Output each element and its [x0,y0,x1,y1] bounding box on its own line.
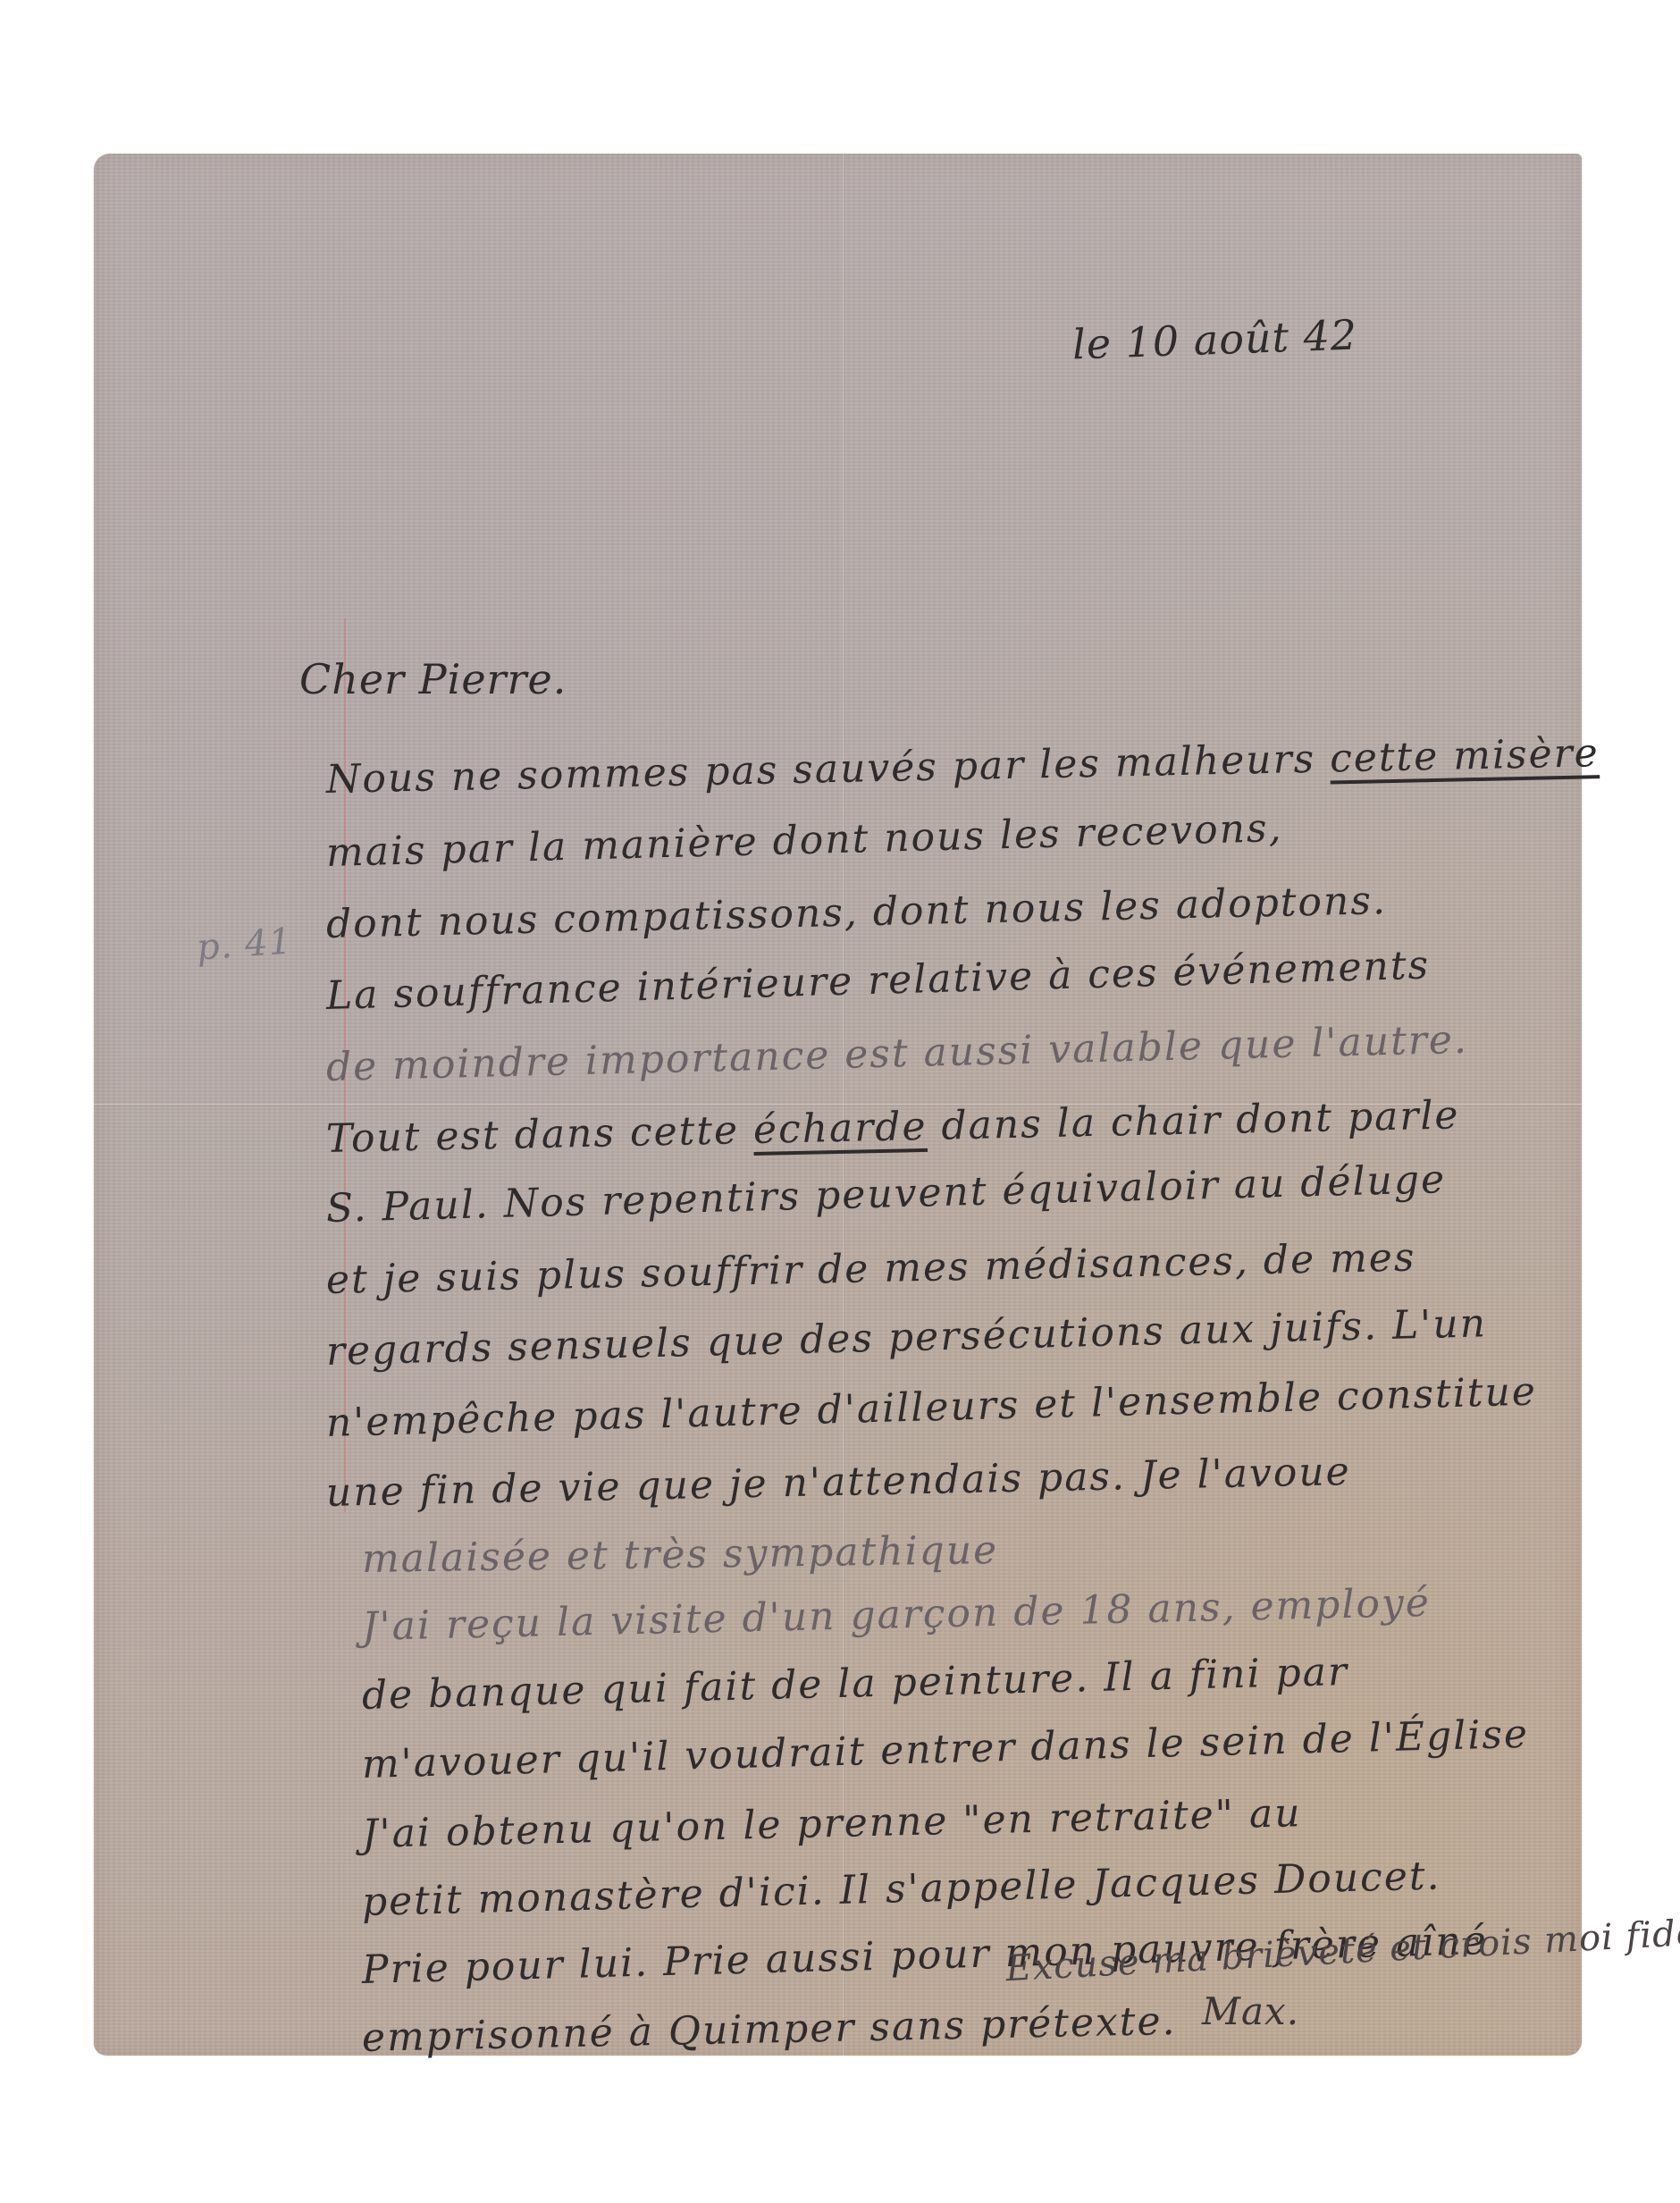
underlined-word: écharde [752,1104,928,1153]
salutation: Cher Pierre. [299,659,567,700]
pencil-page-note: p. 41 [196,923,293,965]
body-line: J'ai obtenu qu'on le prenne "en retraite… [361,1790,1302,1857]
body-line: regards sensuels que des persécutions au… [325,1300,1487,1375]
body-line: m'avouer qu'il voudrait entrer dans le s… [361,1711,1529,1787]
body-line: malaisée et très sympathique [362,1527,999,1582]
body-line: n'empêche pas l'autre d'ailleurs et l'en… [325,1369,1537,1446]
body-line: dont nous compatissons, dont nous les ad… [325,878,1387,947]
signature: Max. [1202,1993,1299,2031]
letter-date: le 10 août 42 [1071,314,1358,365]
body-line: S. Paul. Nos repentirs peuvent équivaloi… [325,1156,1446,1232]
body-line: petit monastère d'ici. Il s'appelle Jacq… [361,1853,1441,1924]
body-line: Nous ne sommes pas sauvés par les malheu… [325,730,1600,803]
underlined-phrase: cette misère [1330,730,1600,781]
body-line: de banque qui fait de la peinture. Il a … [361,1649,1348,1719]
body-line: une fin de vie que je n'attendais pas. J… [325,1449,1351,1516]
body-line: emprisonné à Quimper sans prétexte. [361,1998,1177,2061]
letter-paper: le 10 août 42 Cher Pierre. p. 41 Nous ne… [94,154,1582,2056]
body-line: mais par la manière dont nous les recevo… [325,805,1283,876]
body-line: et je suis plus souffrir de mes médisanc… [325,1234,1415,1303]
body-line: J'ai reçu la visite d'un garçon de 18 an… [361,1580,1431,1650]
body-line: de moindre importance est aussi valable … [325,1017,1468,1090]
body-line: La souffrance intérieure relative à ces … [325,943,1430,1019]
